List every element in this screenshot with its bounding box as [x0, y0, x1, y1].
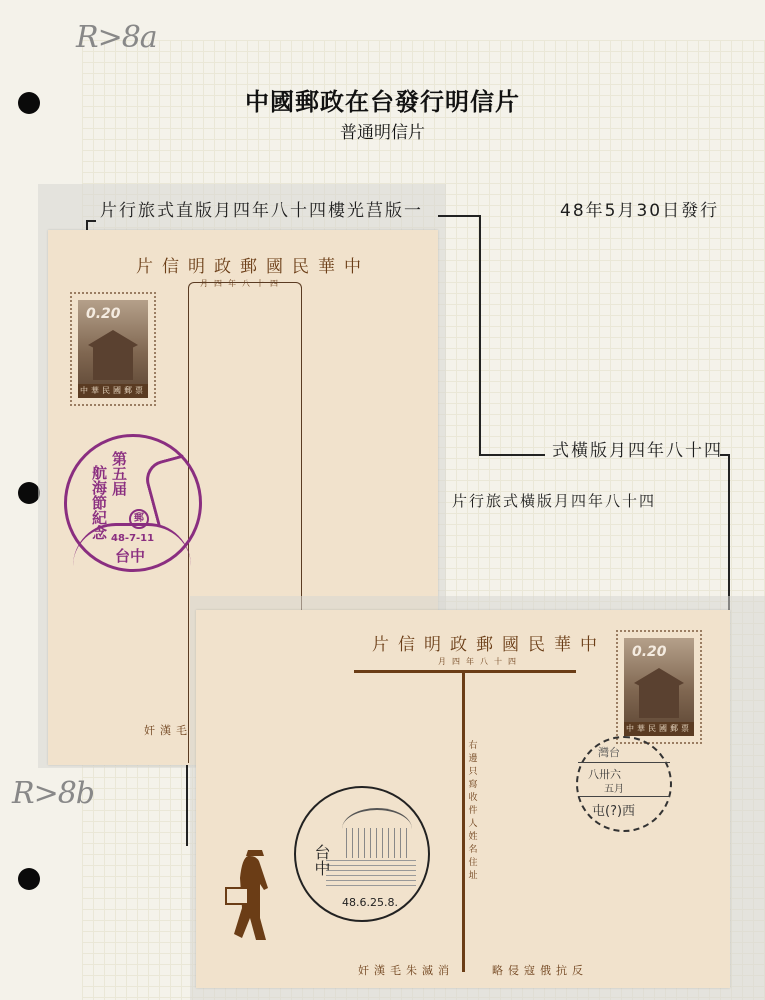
binder-hole [18, 868, 40, 890]
card-slogan: 奸漢毛 [144, 722, 192, 738]
stamp-value: 0.20 [632, 644, 667, 660]
imprinted-stamp: 0.20 中華民國郵票 [616, 630, 702, 744]
building-pillars [346, 828, 408, 858]
connector-line [479, 215, 481, 455]
slogan-left: 奸漢毛朱滅消 [358, 962, 454, 978]
chu-kuang-tower-image [88, 330, 138, 380]
address-instructions: 右邊只寫收件人姓名住址 [468, 740, 478, 883]
water-lines [326, 860, 416, 890]
card-print-date: 月四年八十四 [438, 656, 522, 667]
connector-line [728, 454, 730, 614]
annotation-top: R>8a [76, 20, 157, 55]
connector-line [479, 454, 545, 456]
card-heading: 片信明政郵國民華中 [136, 252, 370, 277]
ship-icon [142, 455, 200, 527]
binder-hole [18, 482, 40, 504]
connector-line [438, 215, 480, 217]
pictorial-postmark: 台中 48.6.25.8. [294, 786, 430, 922]
caption-vertical-travel-card: 片行旅式直版月四年八十四樓光莒版一 [100, 196, 423, 221]
slogan-right: 略侵寇俄抗反 [492, 962, 588, 978]
postcard-horizontal: 片信明政郵國民華中 月四年八十四 右邊只寫收件人姓名住址 0.20 中華民國郵票… [196, 610, 730, 988]
page-subtitle: 普通明信片 [0, 118, 765, 143]
stamp-label: 中華民國郵票 [78, 384, 148, 398]
caption-issue-date: 48年5月30日發行 [560, 196, 719, 221]
dated-postmark: 灣台 八卅六 五月 屯(?)西 [576, 736, 672, 832]
caption-horizontal-version: 式橫版月四年八十四 [552, 436, 723, 461]
imprinted-stamp: 0.20 中華民國郵票 [70, 292, 156, 406]
divider-rule [462, 670, 465, 972]
caption-horizontal-travel-card: 片行旅式橫版月四年八十四 [452, 490, 656, 511]
connector-line [186, 760, 188, 846]
walking-traveler-icon [218, 846, 278, 950]
stamp-label: 中華民國郵票 [624, 722, 694, 736]
commemorative-postmark: 第五届 航海節紀念 郵 48-7-11 台中 [64, 434, 202, 572]
stamp-value: 0.20 [86, 306, 121, 322]
chu-kuang-tower-image [634, 668, 684, 718]
card-heading: 片信明政郵國民華中 [372, 630, 606, 655]
annotation-bottom: R>8b [12, 776, 94, 811]
address-rule [354, 670, 576, 673]
page-title: 中國郵政在台發行明信片 [0, 82, 765, 117]
